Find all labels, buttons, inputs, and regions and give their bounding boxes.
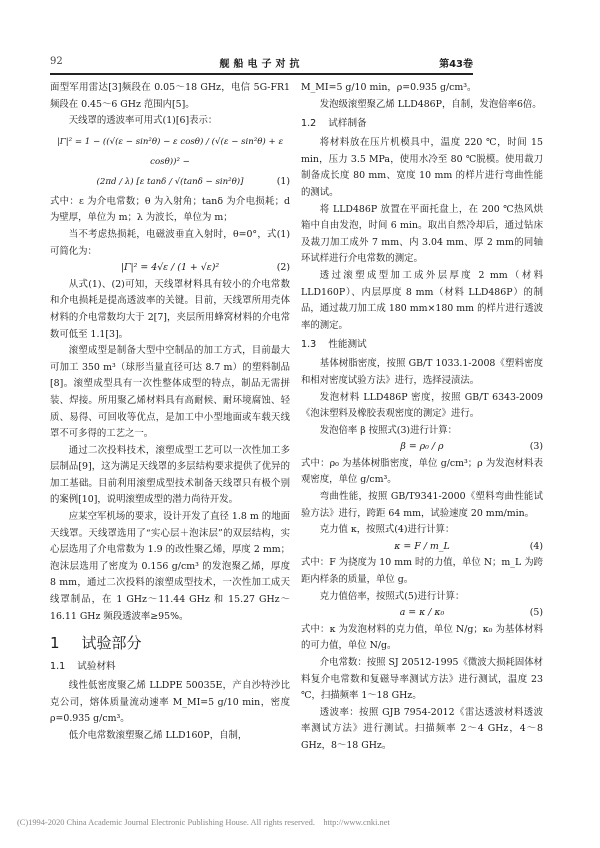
subsection-title: 试验材料 (77, 661, 115, 672)
left-column: 面型军用雷达[3]频段在 0.05～18 GHz，电信 5G-FR1 频段在 0… (50, 80, 290, 745)
equation-number: (2) (277, 260, 290, 277)
paragraph: 弯曲性能，按照 GB/T9341-2000《塑料弯曲性能试验方法》进行，跨距 6… (301, 489, 543, 522)
paragraph: 式中：ρ₀ 为基体树脂密度，单位 g/cm³；ρ 为发泡材料表观密度，单位 g/… (301, 456, 543, 489)
journal-title: 舰船电子对抗 (50, 55, 473, 70)
equation-2: |Γ|² = 4√ε / (1 + √ε)² (2) (50, 260, 290, 277)
equation-3: β = ρ₀ / ρ (3) (301, 439, 543, 456)
subsection-heading: 1.1试验材料 (50, 659, 290, 675)
equation-1: |Γ|² = 1 − ((√(ε − sin²θ) − ε cosθ) / (√… (50, 130, 290, 194)
paragraph: 式中：ε 为介电常数；θ 为入射角；tanδ 为介电损耗；d 为壁厚，单位为 m… (50, 194, 290, 227)
paragraph: 通过二次投料技术，滚塑成型工艺可以一次性加工多层制品[9]，这为满足天线罩的多层… (50, 443, 290, 509)
subsection-number: 1.3 (301, 339, 316, 350)
paragraph: 当不考虑热损耗，电磁波垂直入射时，θ=0°，式(1)可简化为： (50, 227, 290, 260)
copyright-footer: (C)1994-2020 China Academic Journal Elec… (17, 818, 390, 827)
right-column: M_MI=5 g/10 min，ρ=0.935 g/cm³。 发泡级滚塑聚乙烯 … (301, 80, 543, 755)
paragraph: 发泡级滚塑聚乙烯 LLD486P，自制，发泡倍率6倍。 (301, 97, 543, 114)
paragraph: 天线罩的透波率可用式(1)[6]表示： (50, 113, 290, 130)
paragraph: 式中：κ 为发泡材料的克力值，单位 N/g；κ₀ 为基体材料的可力值，单位 N/… (301, 622, 543, 655)
equation-1-line2: (2πd / λ) [ε tanδ / √(tanδ − sin²θ)] (97, 177, 244, 187)
equation-4: κ = F / m_L (4) (301, 539, 543, 556)
section-title: 试验部分 (82, 634, 142, 652)
copyright-text: (C)1994-2020 China Academic Journal Elec… (17, 818, 315, 827)
equation-4-body: κ = F / m_L (394, 541, 449, 552)
paragraph: 将材料放在压片机模具中，温度 220 ℃，时间 15 min，压力 3.5 MP… (301, 135, 543, 201)
paragraph: 面型军用雷达[3]频段在 0.05～18 GHz，电信 5G-FR1 频段在 0… (50, 80, 290, 113)
paragraph: 透波率：按照 GJB 7954-2012《雷达透波材料透波率测试方法》进行测试。… (301, 705, 543, 755)
subsection-title: 试样制备 (328, 118, 366, 129)
paragraph: 线性低密度聚乙烯 LLDPE 50035E，产自沙特沙比克公司，熔体质量流动速率… (50, 678, 290, 728)
equation-number: (5) (530, 605, 543, 622)
paragraph: 从式(1)、(2)可知，天线罩材料具有较小的介电常数和介电损耗是提高透波率的关键… (50, 277, 290, 343)
subsection-title: 性能测试 (328, 339, 366, 350)
paragraph: 滚塑成型是制备大型中空制品的加工方式，目前最大可加工 350 m³（球形当量直径… (50, 343, 290, 443)
paragraph: 克力值倍率，按照式(5)进行计算： (301, 589, 543, 606)
paragraph: M_MI=5 g/10 min，ρ=0.935 g/cm³。 (301, 80, 543, 97)
subsection-heading: 1.3性能测试 (301, 337, 543, 353)
paragraph: 将 LLD486P 放置在平面托盘上，在 200 ℃热风烘箱中自由发泡，时间 6… (301, 202, 543, 268)
header-rule (50, 73, 473, 75)
paragraph: 发泡材料 LLD486P 密度，按照 GB/T 6343-2009《泡沫塑料及橡… (301, 390, 543, 423)
equation-number: (4) (530, 539, 543, 556)
subsection-heading: 1.2试样制备 (301, 116, 543, 132)
paragraph: 式中：F 为挠度为 10 mm 时的力值，单位 N；m_L 为跨距内样条的质量，… (301, 555, 543, 588)
paragraph: 应某空军机场的要求，设计开发了直径 1.8 m 的地面天线罩。天线罩选用了“实心… (50, 509, 290, 625)
equation-number: (3) (530, 439, 543, 456)
section-heading: 1试验部分 (50, 633, 290, 653)
subsection-number: 1.2 (301, 118, 316, 129)
paragraph: 基体树脂密度，按照 GB/T 1033.1-2008《塑料密度和相对密度试验方法… (301, 356, 543, 389)
paragraph: 低介电常数滚塑聚乙烯 LLD160P，自制， (50, 728, 290, 745)
paragraph: 透过滚塑成型加工成外层厚度 2 mm（材料 LLD160P）、内层厚度 8 mm… (301, 268, 543, 334)
equation-2-body: |Γ|² = 4√ε / (1 + √ε)² (121, 262, 219, 273)
equation-number: (1) (277, 172, 290, 192)
equation-1-line1: |Γ|² = 1 − ((√(ε − sin²θ) − ε cosθ) / (√… (50, 132, 290, 172)
equation-3-body: β = ρ₀ / ρ (400, 441, 443, 452)
section-number: 1 (50, 634, 60, 652)
running-header: 92 舰船电子对抗 第43卷 (50, 55, 473, 71)
volume-label: 第43卷 (439, 55, 473, 70)
footer-url: http://www.cnki.net (323, 818, 389, 827)
subsection-number: 1.1 (50, 661, 65, 672)
equation-5: a = κ / κ₀ (5) (301, 605, 543, 622)
equation-5-body: a = κ / κ₀ (400, 607, 445, 618)
paragraph: 介电常数：按照 SJ 20512-1995《微波大损耗固体材料复介电常数和复磁导… (301, 655, 543, 705)
paragraph: 克力值 κ，按照式(4)进行计算： (301, 522, 543, 539)
paragraph: 发泡倍率 β 按照式(3)进行计算： (301, 423, 543, 440)
